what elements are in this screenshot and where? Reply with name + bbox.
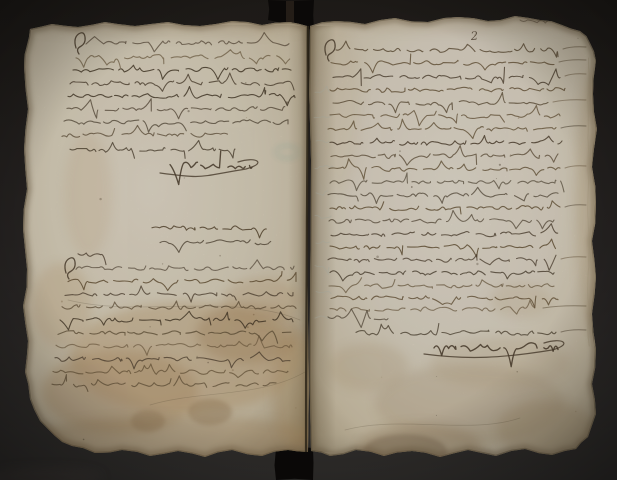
book-scan-image: 2 xyxy=(0,0,617,480)
manuscript-scan: 2 xyxy=(0,0,617,480)
vignette xyxy=(0,0,617,480)
